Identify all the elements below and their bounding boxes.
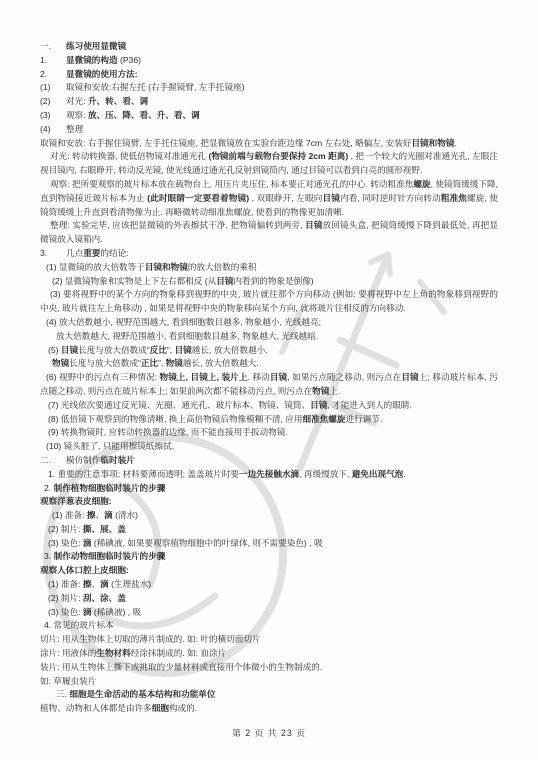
text-segment: 目镜 <box>175 345 192 355</box>
text-line: 2. 制作植物细胞临时装片的步骤 <box>40 482 498 496</box>
text-segment: 制作动物细胞临时装片的步骤 <box>54 551 166 561</box>
text-line: 3. 制作动物细胞临时装片的步骤 <box>40 550 498 564</box>
text-line: 1. 重要的注意事项: 材料要薄而透明; 盖盖玻片时要一边先接触水滴, 再缓慢放… <box>40 468 498 482</box>
text-segment: 观察: <box>66 110 88 120</box>
text-segment: 2. <box>44 483 54 493</box>
text-segment: 构成的. <box>169 703 197 713</box>
text-segment: 物镜 <box>166 358 183 368</box>
text-line: (6) 视野中的污点有三种情况: 物镜上, 目镜上, 装片上. 移动目镜, 如果… <box>40 371 498 399</box>
text-line: 取镜和安放: 右手握住镜臂, 左手托住镜座, 把显微镜放在实验台距边缘 7cm … <box>40 137 498 151</box>
text-segment: (此时眼睛一定要看着物镜) <box>147 193 249 203</box>
text-line: 植物、动物和人体都是由许多细胞构成的. <box>40 702 498 716</box>
line-text: 对光: 升、转、看、调 <box>66 95 148 109</box>
text-segment: (稀碘液, 如果要观察植物细胞中的叶绿体, 则不需要染色) , 吸 <box>91 538 322 548</box>
text-segment: 4. 常见的玻片标本 <box>44 620 114 630</box>
text-segment: 越长, 放大倍数越大. <box>183 358 259 368</box>
text-segment: 细准焦螺旋 <box>302 414 345 424</box>
line-number: (2) <box>40 95 66 109</box>
text-segment: 目镜 <box>310 400 327 410</box>
text-segment: 3. <box>44 551 54 561</box>
text-segment: 目镜 <box>323 193 340 203</box>
text-segment: 的结论: <box>100 248 128 258</box>
text-segment: (5) <box>48 345 61 355</box>
text-segment: ”, <box>167 345 175 355</box>
text-segment: , 双眼睁开, 左眼向 <box>249 193 322 203</box>
text-line: (4)整理 <box>40 123 498 137</box>
line-number: (3) <box>40 109 66 123</box>
text-line: (1) 准备: 擦、滴 (生理盐水) <box>40 578 498 592</box>
text-line: (3)观察: 放、压、降、看、升、看、调 <box>40 109 498 123</box>
text-segment: (1) 准备: <box>52 510 87 520</box>
text-segment: 对光: <box>66 96 88 106</box>
line-number: (1) <box>40 81 66 95</box>
line-number: 1. <box>40 54 66 68</box>
page-footer-label: 第 2 页 共 23 页 <box>0 726 538 739</box>
text-segment: 反比 <box>150 345 167 355</box>
text-segment: . 移动 <box>248 372 270 382</box>
text-segment: 目镜 <box>401 372 418 382</box>
text-line: 三. 细胞是生命活动的基本结构和功能单位 <box>40 688 498 702</box>
text-segment: 目镜 <box>216 276 233 286</box>
text-segment: (4) 放大倍数越小, 视野范围越大, 看到细胞数目越多, 物象越小, 光线越亮… <box>46 317 321 327</box>
text-segment: 一边先接触水滴 <box>239 469 299 479</box>
text-segment: 升、转、看、调 <box>88 96 148 106</box>
text-segment: (生理盐水) <box>109 579 152 589</box>
text-line: (4) 放大倍数越小, 视野范围越大, 看到细胞数目越多, 物象越小, 光线越亮… <box>40 316 498 330</box>
text-segment: (稀碘液) , 吸 <box>91 607 141 617</box>
text-segment: 目镜 <box>305 220 322 230</box>
text-line: (7) 光线依次要通过反光镜、光圈、通光孔、玻片标本、物镜、镜筒、目镜, 才能进… <box>40 399 498 413</box>
line-number: (4) <box>40 123 66 137</box>
text-segment: 避免出现气泡 <box>352 469 404 479</box>
text-line: (10) 镜头脏了, 只能用擦镜纸擦拭. <box>40 440 498 454</box>
text-segment: 1. 重要的注意事项: 材料要薄而透明; 盖盖玻片时要 <box>48 469 239 479</box>
text-segment: (物镜前端与载物台要保持 2cm 距离) <box>208 151 348 161</box>
text-segment: (1) 准备: <box>48 579 83 589</box>
text-segment: 观察洋葱表皮细胞: <box>40 496 112 506</box>
text-segment: 放大倍数越大, 视野范围越小, 看到细胞数目越多, 物象越大, 光线越暗. <box>56 331 318 341</box>
text-segment: 三. <box>56 689 69 699</box>
text-segment: 越长, 放大倍数越小. <box>192 345 268 355</box>
text-line: (2) 制片: 刮、涂、盖 <box>40 592 498 606</box>
text-segment: 目镜和物镜 <box>145 262 188 272</box>
text-segment: 制作植物细胞临时装片的步骤 <box>54 483 166 493</box>
text-segment: 螺旋 <box>413 179 430 189</box>
text-segment: . <box>454 138 456 148</box>
text-line: 放大倍数越大, 视野范围越小, 看到细胞数目越多, 物象越大, 光线越暗. <box>40 330 498 344</box>
text-segment: 正比 <box>141 358 158 368</box>
text-segment: 装片: 用从生物体上撕下或挑取的少量材料或直接用个体微小的生物制成的. <box>40 662 322 672</box>
line-text: 显微镜的使用方法: <box>66 68 138 82</box>
text-segment: (3) 染色: <box>48 607 83 617</box>
text-segment: . <box>403 469 405 479</box>
text-line: (8) 低倍镜下观察到的物像清晰, 换上高倍物镜后物像模糊不清, 应用细准焦螺旋… <box>40 413 498 427</box>
text-segment: 内看, 同时逆时针方向转动 <box>340 193 441 203</box>
text-segment: 滴 <box>100 579 109 589</box>
text-line: (1)取镜和安放:右握左托 (右手握镜臂, 左手托镜座) <box>40 81 498 95</box>
line-text: 整理 <box>66 123 83 137</box>
text-line: 切片: 用从生物体上切取的薄片制成的. 如: 叶的横切面切片 <box>40 633 498 647</box>
text-segment: ”, <box>158 358 166 368</box>
text-segment: 生物材料 <box>96 648 130 658</box>
text-segment: , 才能进入到人的眼睛. <box>327 400 412 410</box>
text-line: 1.显微镜的构造 (P36) <box>40 54 498 68</box>
text-segment: , 再缓慢放下, <box>299 469 352 479</box>
text-line: 观察洋葱表皮细胞: <box>40 495 498 509</box>
text-segment: 植物、动物和人体都是由许多 <box>40 703 152 713</box>
text-segment: 物镜 <box>312 386 329 396</box>
text-segment: 内看到的物象是倒像) <box>233 276 313 286</box>
text-segment: (6) 视野中的污点有三种情况: <box>46 372 160 382</box>
text-segment: 长度与放大倍数成“ <box>69 358 141 368</box>
text-line: (2) 显微镜物象和实物是上下左右都相反 (从目镜内看到的物象是倒像) <box>40 275 498 289</box>
text-segment: 物镜上, 目镜上, 装片上 <box>160 372 248 382</box>
text-line: 如: 草履虫装片 <box>40 675 498 689</box>
document-page: 一.练习使用显微镜1.显微镜的构造 (P36)2.显微镜的使用方法:(1)取镜和… <box>0 0 538 760</box>
text-segment: (3) 染色: <box>48 538 83 548</box>
text-segment: 对光: 转动转换器, 使低倍物镜对准通光孔 <box>50 151 208 161</box>
text-segment: 显微镜的使用方法: <box>66 69 138 79</box>
text-segment: 取镜和安放: 右手握住镜臂, 左手托住镜座, 把显微镜放在实验台距边缘 7cm … <box>40 138 411 148</box>
text-line: 观察: 把所要观察的玻片标本放在载物台上, 用压片夹压住, 标本要正对通光孔的中… <box>40 178 498 219</box>
text-segment: , 如果污点随之移动, 则污点在 <box>287 372 401 382</box>
text-segment: (3) 要将视野中的某个方向的物象移到视野的中央, 玻片就往那个方向移动 (例如… <box>40 289 498 313</box>
line-text: 观察: 放、压、降、看、升、看、调 <box>66 109 200 123</box>
text-segment: (P36) <box>118 55 141 65</box>
text-segment: 重要 <box>83 248 100 258</box>
text-line: 观察人体口腔上皮细胞: <box>40 564 498 578</box>
text-segment: (9) 转换物镜时, 应转动转换器的边缘, 而不能直接用手扳动物镜. <box>48 427 288 437</box>
text-segment: (7) 光线依次要通过反光镜、光圈、通光孔、玻片标本、物镜、镜筒、 <box>48 400 310 410</box>
text-segment: 如: 草履虫装片 <box>40 676 96 686</box>
document-body: 一.练习使用显微镜1.显微镜的构造 (P36)2.显微镜的使用方法:(1)取镜和… <box>40 40 498 716</box>
text-segment: 滴 <box>104 510 113 520</box>
text-segment: 细胞是生命活动的基本结构和功能单位 <box>69 689 215 699</box>
text-line: (2) 制片: 撕、展、盖 <box>40 523 498 537</box>
text-line: 二.模仿制作临时装片 <box>40 454 498 468</box>
text-segment: (清水) <box>113 510 138 520</box>
text-segment: (2) 制片: <box>48 593 83 603</box>
text-segment: 、 <box>95 510 104 520</box>
text-line: 整理: 实验完毕, 应该把显微镜的外表擦拭干净, 把物镜偏转到两旁, 目镜放回镜… <box>40 219 498 247</box>
line-text: 显微镜的构造 (P36) <box>66 54 141 68</box>
text-segment: 整理: 实验完毕, 应该把显微镜的外表擦拭干净, 把物镜偏转到两旁, <box>50 220 305 230</box>
text-segment: 模仿制作 <box>66 455 100 465</box>
text-line: (9) 转换物镜时, 应转动转换器的边缘, 而不能直接用手扳动物镜. <box>40 426 498 440</box>
line-text: 练习使用显微镜 <box>66 40 126 54</box>
text-line: 3.几点重要的结论: <box>40 247 498 261</box>
line-text: 模仿制作临时装片 <box>66 454 135 468</box>
line-number: 二. <box>40 454 66 468</box>
text-line: (3) 要将视野中的某个方向的物象移到视野的中央, 玻片就往那个方向移动 (例如… <box>40 288 498 316</box>
text-segment: 细胞 <box>152 703 169 713</box>
text-line: 4. 常见的玻片标本 <box>40 619 498 633</box>
text-line: (1) 显微镜的放大倍数等于目镜和物镜的放大倍数的乘积 <box>40 261 498 275</box>
line-text: 几点重要的结论: <box>66 247 129 261</box>
text-line: 对光: 转动转换器, 使低倍物镜对准通光孔 (物镜前端与载物台要保持 2cm 距… <box>40 150 498 178</box>
text-segment: 目镜 <box>270 372 287 382</box>
text-segment: (1) 显微镜的放大倍数等于 <box>46 262 145 272</box>
text-line: 装片: 用从生物体上撕下或挑取的少量材料或直接用个体微小的生物制成的. <box>40 661 498 675</box>
text-segment: 目镜和物镜 <box>411 138 454 148</box>
text-segment: 涂片: 用液体的 <box>40 648 96 658</box>
text-line: (3) 染色: 滴 (稀碘液) , 吸 <box>40 606 498 620</box>
text-segment: 进行调节. <box>345 414 382 424</box>
text-segment: 切片: 用从生物体上切取的薄片制成的. 如: 叶的横切面切片 <box>40 634 261 644</box>
text-segment: 刮、涂、盖 <box>83 593 126 603</box>
text-segment: 几点 <box>66 248 83 258</box>
text-segment: 、 <box>91 579 100 589</box>
text-line: (2)对光: 升、转、看、调 <box>40 95 498 109</box>
text-segment: 临时装片 <box>100 455 134 465</box>
text-segment: 整理 <box>66 124 83 134</box>
text-segment: 撕、展、盖 <box>83 524 126 534</box>
line-number: 2. <box>40 68 66 82</box>
text-segment: 目镜 <box>61 345 78 355</box>
text-segment: 的放大倍数的乘积 <box>188 262 257 272</box>
line-number: 3. <box>40 247 66 261</box>
text-segment: 粗准焦 <box>441 193 467 203</box>
text-line: 2.显微镜的使用方法: <box>40 68 498 82</box>
line-number: 一. <box>40 40 66 54</box>
text-segment: 观察: 把所要观察的玻片标本放在载物台上, 用压片夹压住, 标本要正对通光孔的中… <box>50 179 413 189</box>
text-segment: 长度与放大倍数成“ <box>78 345 150 355</box>
line-text: 取镜和安放:右握左托 (右手握镜臂, 左手托镜座) <box>66 81 245 95</box>
text-segment: (8) 低倍镜下观察到的物像清晰, 换上高倍物镜后物像模糊不清, 应用 <box>48 414 302 424</box>
text-segment: 取镜和安放:右握左托 (右手握镜臂, 左手托镜座) <box>66 82 245 92</box>
text-segment: 放、压、降、看、升、看、调 <box>88 110 200 120</box>
text-segment: (2) 制片: <box>48 524 83 534</box>
text-segment: 物镜 <box>52 358 69 368</box>
text-line: 一.练习使用显微镜 <box>40 40 498 54</box>
text-segment: 练习使用显微镜 <box>66 41 126 51</box>
text-segment: 显微镜的构造 <box>66 55 118 65</box>
text-segment: 观察人体口腔上皮细胞: <box>40 565 129 575</box>
text-line: 涂片: 用液体的生物材料经涂抹制成的. 如: 血涂片 <box>40 647 498 661</box>
text-segment: 经涂抹制成的. 如: 血涂片 <box>131 648 227 658</box>
text-line: (3) 染色: 滴 (稀碘液, 如果要观察植物细胞中的叶绿体, 则不需要染色) … <box>40 537 498 551</box>
text-line: 物镜长度与放大倍数成“正比”, 物镜越长, 放大倍数越大. <box>40 357 498 371</box>
text-line: (5) 目镜长度与放大倍数成“反比”, 目镜越长, 放大倍数越小. <box>40 344 498 358</box>
text-segment: (10) 镜头脏了, 只能用擦镜纸擦拭. <box>46 441 174 451</box>
text-segment: 上. <box>329 386 340 396</box>
text-segment: (2) 显微镜物象和实物是上下左右都相反 (从 <box>52 276 216 286</box>
text-line: (1) 准备: 擦、滴 (清水) <box>40 509 498 523</box>
